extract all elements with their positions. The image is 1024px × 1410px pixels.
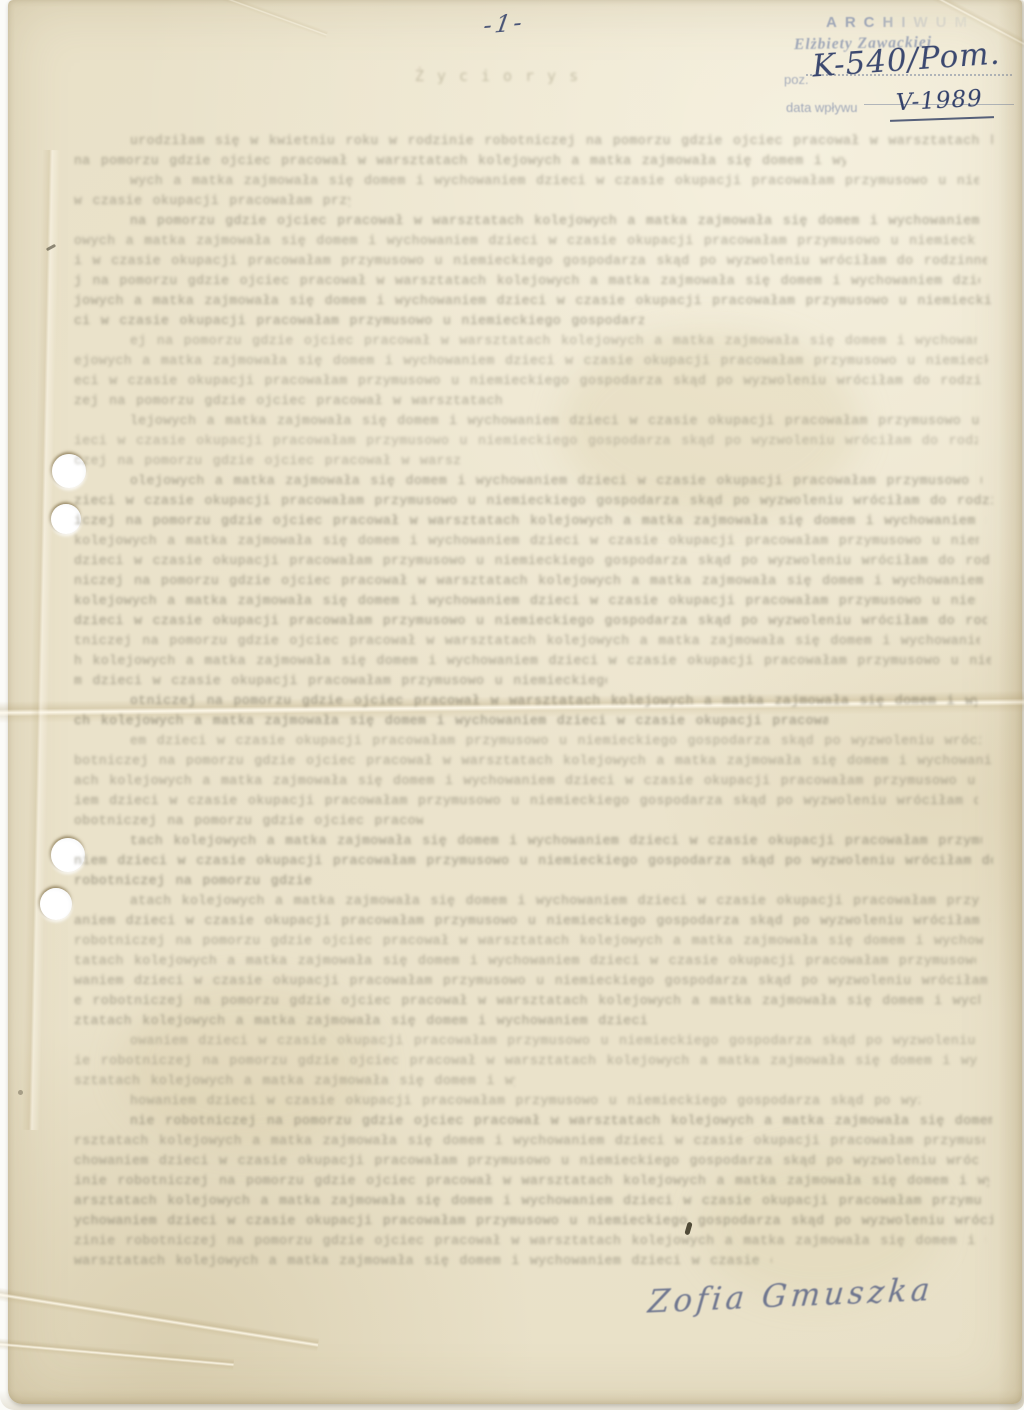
typed-line: ach kolejowych a matka zajmowała się dom… [74, 771, 985, 791]
typed-line: jowych a matka zajmowała się domem i wyc… [74, 291, 991, 311]
typed-line: robotniczej na pomorzu gdzie ojciec prac… [74, 931, 983, 951]
typed-line: ychowaniem dzieci w czasie okupacji prac… [74, 1211, 993, 1231]
handwritten-date-value: V-1989 [895, 86, 983, 117]
typed-line: na pomorzu gdzie ojciec pracował w warsz… [74, 151, 846, 171]
typed-line: iczej na pomorzu gdzie ojciec pracował w… [74, 511, 986, 531]
typed-line: kolejowych a matka zajmowała się domem i… [74, 531, 979, 551]
typed-line: arsztatach kolejowych a matka zajmowała … [74, 1191, 982, 1211]
typed-line: obotniczej na pomorzu gdzie ojciec praco… [74, 811, 423, 831]
typed-line: ieci w czasie okupacji pracowałam przymu… [74, 431, 978, 451]
typed-line: tniczej na pomorzu gdzie ojciec pracował… [74, 631, 980, 651]
typed-line: zinie robotniczej na pomorzu gdzie ojcie… [74, 1231, 986, 1251]
typed-line: kolejowych a matka zajmowała się domem i… [74, 591, 976, 611]
punch-hole [40, 888, 72, 920]
handwritten-underline [890, 116, 994, 122]
typed-line: em dzieci w czasie okupacji pracowałam p… [130, 731, 981, 751]
stamp-date-label: data wpływu [786, 100, 858, 115]
typed-line: robotniczej na pomorzu gdzie ojciec prac… [74, 871, 322, 891]
typed-line: inie robotniczej na pomorzu gdzie ojciec… [74, 1171, 989, 1191]
stamp-position-label: poz. [784, 72, 809, 87]
typed-paragraph: ej na pomorzu gdzie ojciec pracował w wa… [74, 331, 993, 411]
stamp-archive-line: ARCHIWUM [826, 14, 975, 31]
typed-line: botniczej na pomorzu gdzie ojciec pracow… [74, 751, 992, 771]
typed-paragraph: olejowych a matka zajmowała się domem i … [74, 471, 993, 691]
typed-paragraph: otniczej na pomorzu gdzie ojciec pracowa… [74, 691, 993, 731]
typed-line: tach kolejowych a matka zajmowała się do… [130, 831, 982, 851]
typed-paragraph: tach kolejowych a matka zajmowała się do… [74, 831, 993, 891]
typed-line: olejowych a matka zajmowała się domem i … [130, 471, 982, 491]
typed-line: atach kolejowych a matka zajmowała się d… [130, 891, 979, 911]
typed-line: urodziłam się w kwietniu roku w rodzinie… [130, 131, 993, 151]
typed-line: dzieci w czasie okupacji pracowałam przy… [74, 611, 987, 631]
typed-line: rsztatach kolejowych a matka zajmowała s… [74, 1131, 985, 1151]
typed-line: aniem dzieci w czasie okupacji pracowała… [74, 911, 990, 931]
typed-line: sztatach kolejowych a matka zajmowała si… [74, 1071, 515, 1091]
typed-line: nie robotniczej na pomorzu gdzie ojciec … [130, 1111, 992, 1131]
typed-line: waniem dzieci w czasie okupacji pracował… [74, 971, 987, 991]
typed-line: czej na pomorzu gdzie ojciec pracował w … [74, 451, 460, 471]
typed-line: otniczej na pomorzu gdzie ojciec pracowa… [130, 691, 977, 711]
typed-line: iem dzieci w czasie okupacji pracowałam … [74, 791, 978, 811]
typed-line: i w czasie okupacji pracowałam przymusow… [74, 251, 987, 271]
typed-line: w czasie okupacji pracowałam przymusowo … [74, 191, 350, 211]
typed-paragraph: wych a matka zajmowała się domem i wycho… [74, 171, 993, 211]
typed-line: ztatach kolejowych a matka zajmowała się… [74, 1011, 653, 1031]
typed-paragraph: lejowych a matka zajmowała się domem i w… [74, 411, 993, 471]
typed-line: owych a matka zajmowała się domem i wych… [74, 231, 976, 251]
typed-line: zieci w czasie okupacji pracowałam przym… [74, 491, 993, 511]
typed-line: ej na pomorzu gdzie ojciec pracował w wa… [130, 331, 977, 351]
typed-line: ejowych a matka zajmowała się domem i wy… [74, 351, 988, 371]
typed-line: eci w czasie okupacji pracowałam przymus… [74, 371, 981, 391]
typed-line: e robotniczej na pomorzu gdzie ojciec pr… [74, 991, 980, 1011]
typed-paragraph: owaniem dzieci w czasie okupacji pracowa… [74, 1031, 993, 1091]
typed-paragraph: nie robotniczej na pomorzu gdzie ojciec … [74, 1111, 993, 1271]
typed-line: niem dzieci w czasie okupacji pracowałam… [74, 851, 993, 871]
typed-line: h kolejowych a matka zajmowała się domem… [74, 651, 991, 671]
typed-line: warsztatach kolejowych a matka zajmowała… [74, 1251, 772, 1271]
typed-line: lejowych a matka zajmowała się domem i w… [130, 411, 985, 431]
typed-line: dzieci w czasie okupacji pracowałam przy… [74, 551, 990, 571]
scanned-document: -1- ARCHIWUM Elżbiety Zawackiej poz. K-5… [0, 0, 1024, 1410]
typed-line: ie robotniczej na pomorzu gdzie ojciec p… [74, 1051, 977, 1071]
typed-line: tatach kolejowych a matka zajmowała się … [74, 951, 976, 971]
typed-paragraph: howaniem dzieci w czasie okupacji pracow… [74, 1091, 993, 1111]
typed-line: zej na pomorzu gdzie ojciec pracował w w… [74, 391, 506, 411]
handwritten-page-number: -1- [481, 8, 527, 39]
archive-stamp: ARCHIWUM Elżbiety Zawackiej poz. K-540/P… [772, 8, 1024, 130]
typed-line: j na pomorzu gdzie ojciec pracował w war… [74, 271, 980, 291]
typed-line: owaniem dzieci w czasie okupacji pracowa… [130, 1031, 984, 1051]
typed-line: m dzieci w czasie okupacji pracowałam pr… [74, 671, 607, 691]
document-title-faded: Życiorys [398, 67, 608, 85]
typed-line: chowaniem dzieci w czasie okupacji praco… [74, 1151, 978, 1171]
typed-paragraph: em dzieci w czasie okupacji pracowałam p… [74, 731, 993, 831]
typed-line: na pomorzu gdzie ojciec pracował w warsz… [130, 211, 983, 231]
typed-paragraph: urodziłam się w kwietniu roku w rodzinie… [74, 131, 993, 171]
typed-line: wych a matka zajmowała się domem i wycho… [130, 171, 979, 191]
typed-line: niczej na pomorzu gdzie ojciec pracował … [74, 571, 983, 591]
typed-paragraph: na pomorzu gdzie ojciec pracował w warsz… [74, 211, 993, 331]
typed-line: ci w czasie okupacji pracowałam przymuso… [74, 311, 644, 331]
typed-line: howaniem dzieci w czasie okupacji pracow… [130, 1091, 920, 1111]
typed-body: urodziłam się w kwietniu roku w rodzinie… [74, 131, 993, 1271]
typed-paragraph: atach kolejowych a matka zajmowała się d… [74, 891, 993, 1031]
typed-line: ch kolejowych a matka zajmowała się dome… [74, 711, 828, 731]
